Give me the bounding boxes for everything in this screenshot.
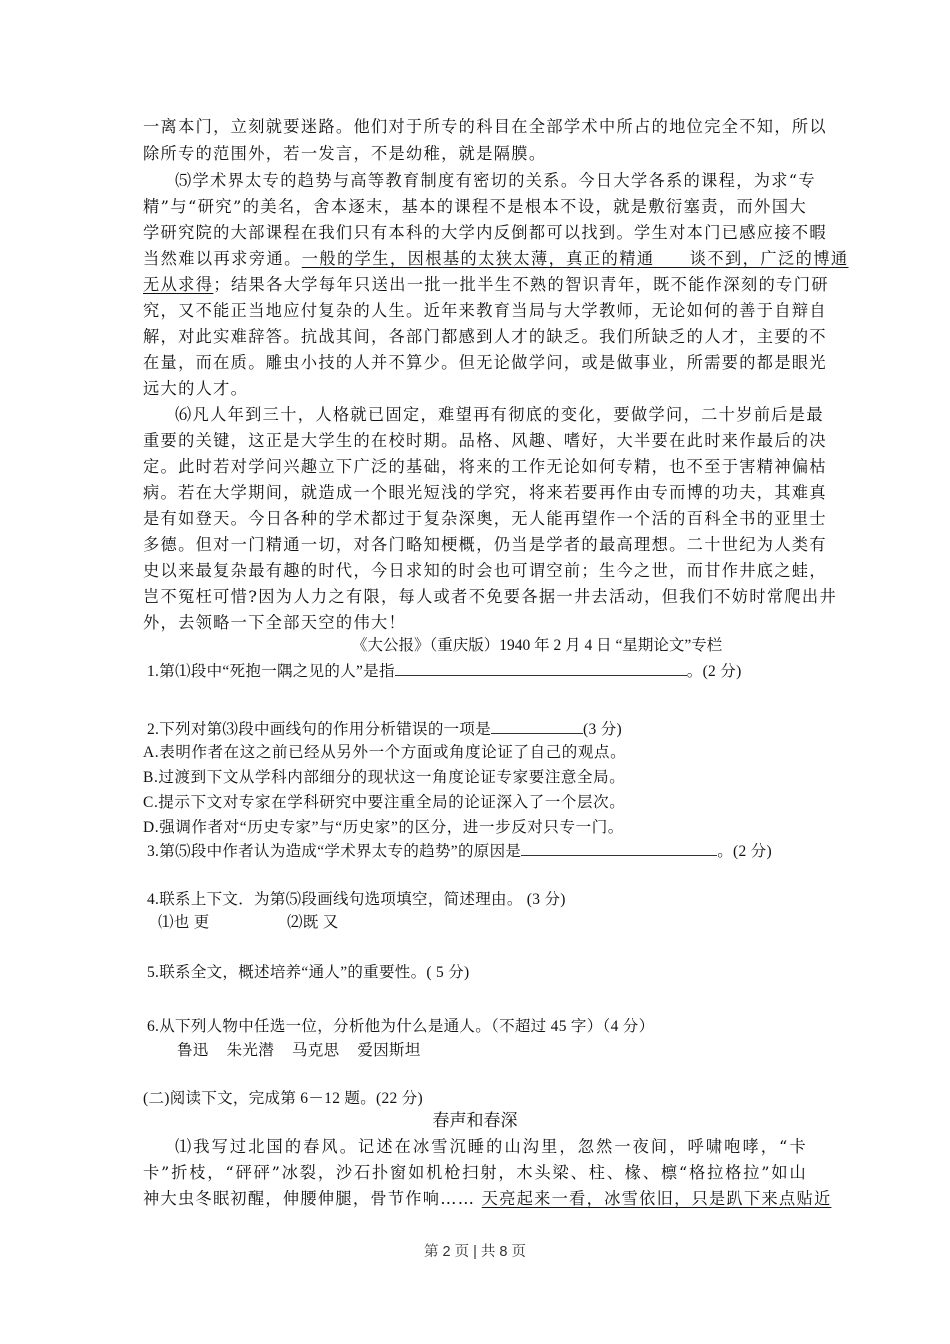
answer-blank-1[interactable] xyxy=(395,661,687,676)
option-c: C.提示下文对专家在学科研究中要注重全局的论证深入了一个层次。 xyxy=(143,793,625,813)
passage-line: 史以来最复杂最有趣的时代，今日求知的时会也可谓空前；生今之世，而甘作井底之蛙， xyxy=(143,561,807,581)
question-1-score: 。(2 分) xyxy=(687,663,742,680)
question-2-text: 2.下列对第⑶段中画线句的作用分析错误的一项是 xyxy=(147,721,491,738)
passage-line: 多德。但对一门精通一切，对各门略知梗概，仍当是学者的最高理想。二十世纪为人类有 xyxy=(143,535,807,555)
underlined-sentence-end: 无从求得 xyxy=(143,275,213,294)
answer-blank-2[interactable] xyxy=(491,719,583,734)
passage-line: 精”与“研究”的美名，舍本逐末，基本的课程不是根本不设，就是敷衍塞责，而外国大 xyxy=(143,197,807,217)
passage-line: 除所专的范围外，若一发言，不是幼稚，就是隔膜。 xyxy=(143,144,807,164)
underlined-sentence: 一般的学生，因根基的太狭太薄，真正的精通 谈不到，广泛的博通 xyxy=(302,249,849,268)
option-a: A.表明作者在这之前已经从另外一个方面或角度论证了自己的观点。 xyxy=(143,743,626,763)
underlined-sentence: 天亮起来一看，冰雪依旧，只是趴下来点贴近 xyxy=(482,1189,832,1208)
passage-2-paragraph-1-start: ⑴我写过北国的春风。记述在冰雪沉睡的山沟里，忽然一夜间，呼啸咆哮，“卡 xyxy=(175,1137,807,1157)
passage-line: 无从求得；结果各大学每年只送出一批一批半生不熟的智识青年，既不能作深刻的专门研 xyxy=(143,275,807,295)
passage-line: 当然难以再求旁通。一般的学生，因根基的太狭太薄，真正的精通 谈不到，广泛的博通 xyxy=(143,249,807,269)
passage-line: 病。若在大学期间，就造成一个眼光短浅的学究，将来若要再作由专而博的功夫，其难真 xyxy=(143,483,807,503)
question-4-choice-1: ⑴也 更 xyxy=(158,913,210,933)
passage-line: 一离本门，立刻就要迷路。他们对于所专的科目在全部学术中所占的地位完全不知，所以 xyxy=(143,117,807,137)
passage-line: 岂不冤枉可惜?因为人力之有限，每人或者不免要各据一井去活动，但我们不妨时常爬出井 xyxy=(143,587,807,607)
answer-blank-3[interactable] xyxy=(521,841,717,856)
exam-page: 一离本门，立刻就要迷路。他们对于所专的科目在全部学术中所占的地位完全不知，所以 … xyxy=(0,0,950,1344)
passage-line: 神大虫冬眠初醒，伸腰伸腿，骨节作响…… 天亮起来一看，冰雪依旧，只是趴下来点贴近 xyxy=(143,1189,807,1209)
option-b: B.过渡到下文从学科内部细分的现状这一角度论证专家要注意全局。 xyxy=(143,768,625,788)
question-4: 4.联系上下文．为第⑸段画线句选项填空，简述理由。 (3 分) xyxy=(147,890,566,910)
paragraph-6-start: ⑹凡人年到三十，人格就已固定，难望再有彻底的变化，要做学问，二十岁前后是最 xyxy=(175,405,807,425)
passage-line: 解，对此实难辞答。抗战其间，各部门都感到人才的缺乏。我们所缺乏的人才，主要的不 xyxy=(143,327,807,347)
paragraph-5-start: ⑸学术界太专的趋势与高等教育制度有密切的关系。今日大学各系的课程，为求“专 xyxy=(175,171,807,191)
passage-text: 神大虫冬眠初醒，伸腰伸腿，骨节作响…… xyxy=(143,1189,482,1208)
question-6: 6.从下列人物中任选一位，分析他为什么是通人。（不超过 45 字）（4 分） xyxy=(147,1017,654,1037)
passage-text: ；结果各大学每年只送出一批一批半生不熟的智识青年，既不能作深刻的专门研 xyxy=(213,275,829,294)
passage-line: 重要的关键，这正是大学生的在校时期。品格、风趣、嗜好，大半要在此时来作最后的决 xyxy=(143,431,807,451)
question-2: 2.下列对第⑶段中画线句的作用分析错误的一项是(3 分) xyxy=(147,719,622,740)
section-2-heading: (二)阅读下文，完成第 6－12 题。(22 分) xyxy=(143,1089,423,1109)
passage-line: 外，去领略一下全部天空的伟大！ xyxy=(143,613,807,633)
person-option: 马克思 xyxy=(292,1042,339,1059)
passage-line: 学研究院的大部课程在我们只有本科的大学内反倒都可以找到。学生对本门已感应接不暇 xyxy=(143,223,807,243)
passage-line: 远大的人才。 xyxy=(143,379,807,399)
passage-2-title: 春声和春深 xyxy=(0,1110,950,1132)
person-option: 爱因斯坦 xyxy=(357,1042,420,1059)
question-1: 1.第⑴段中“死抱一隅之见的人”是指。(2 分) xyxy=(147,661,742,682)
question-3-score: 。(2 分) xyxy=(717,843,772,860)
question-3-text: 3.第⑸段中作者认为造成“学术界太专的趋势”的原因是 xyxy=(147,843,521,860)
passage-line: 定。此时若对学问兴趣立下广泛的基础，将来的工作无论如何专精，也不至于害精神偏枯 xyxy=(143,457,807,477)
option-d: D.强调作者对“历史专家”与“历史家”的区分，进一步反对只专一门。 xyxy=(143,818,624,838)
question-3: 3.第⑸段中作者认为造成“学术界太专的趋势”的原因是。(2 分) xyxy=(147,841,772,862)
source-citation: 《大公报》（重庆版）1940 年 2 月 4 日 “星期论文”专栏 xyxy=(352,636,722,656)
passage-line: 究，又不能正当地应付复杂的人生。近年来教育当局与大学教师，无论如何的善于自辩自 xyxy=(143,301,807,321)
question-4-choice-2: ⑵既 又 xyxy=(287,913,339,933)
passage-line: 是有如登天。今日各种的学术都过于复杂深奥，无人能再望作一个活的百科全书的亚里士 xyxy=(143,509,807,529)
page-footer: 第 2 页 | 共 8 页 xyxy=(0,1240,950,1261)
question-6-people: 鲁迅朱光潜马克思爱因斯坦 xyxy=(177,1041,421,1061)
passage-line: 卡”折枝，“砰砰”冰裂，沙石扑窗如机枪扫射，木头梁、柱、椽、檩“格拉格拉”如山 xyxy=(143,1163,807,1183)
question-2-score: (3 分) xyxy=(583,721,622,738)
passage-line: 在量，而在质。雕虫小技的人并不算少。但无论做学问，或是做事业，所需要的都是眼光 xyxy=(143,353,807,373)
question-1-text: 1.第⑴段中“死抱一隅之见的人”是指 xyxy=(147,663,395,680)
person-option: 朱光潜 xyxy=(227,1042,274,1059)
question-5: 5.联系全文，概述培养“通人”的重要性。( 5 分) xyxy=(147,963,470,983)
passage-text: 当然难以再求旁通。 xyxy=(143,249,302,268)
person-option: 鲁迅 xyxy=(177,1042,209,1059)
